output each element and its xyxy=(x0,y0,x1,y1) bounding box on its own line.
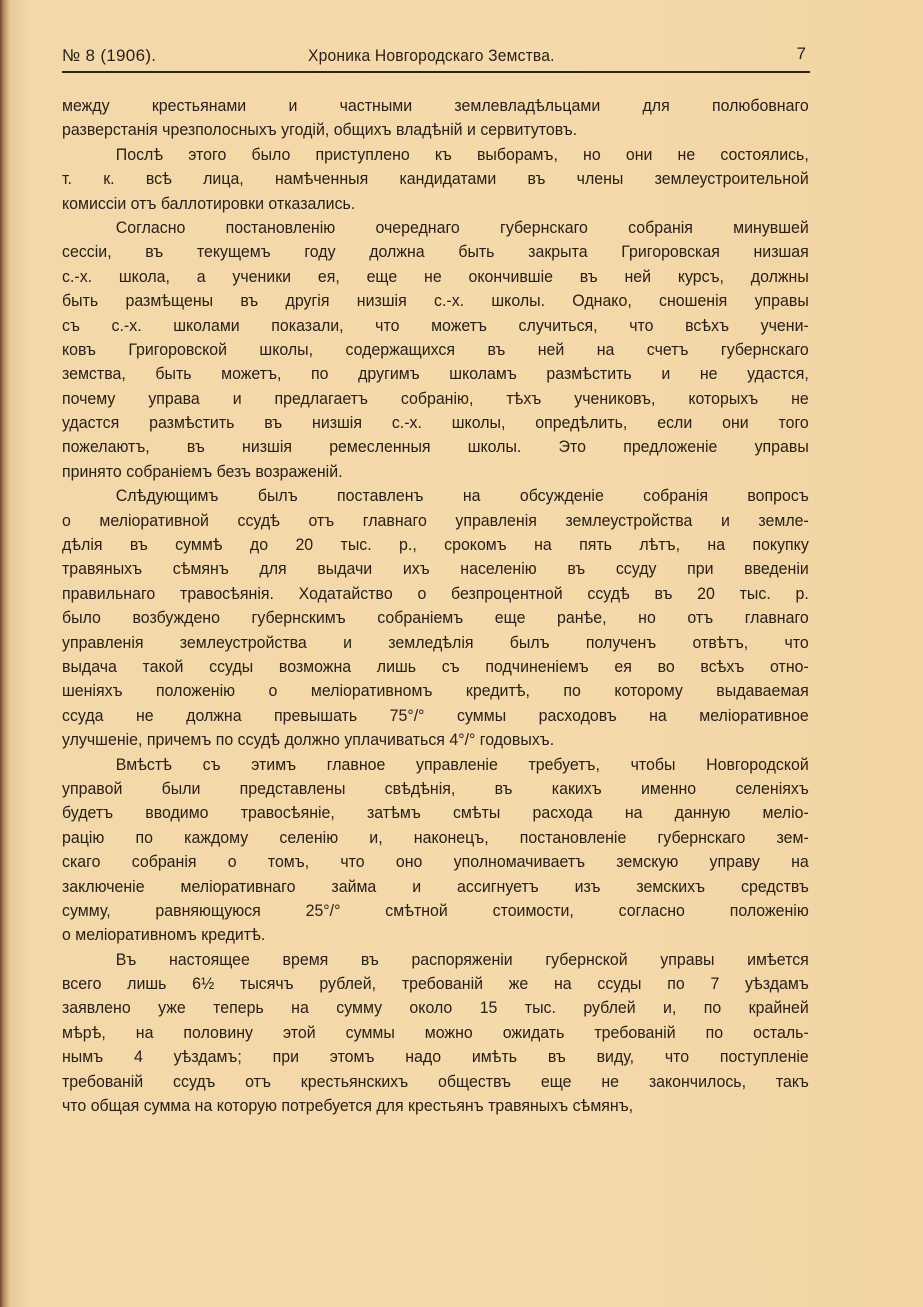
text-line: нымъ 4 уѣздамъ; при этомъ надо имѣть въ … xyxy=(62,1045,809,1069)
text-line: ковъ Григоровской школы, содержащихся въ… xyxy=(62,338,809,362)
text-line: съ с.-х. школами показали, что можетъ сл… xyxy=(62,314,809,338)
text-line: почему управа и предлагаетъ собранію, тѣ… xyxy=(62,387,809,411)
text-line: рацію по каждому селенію и, наконецъ, по… xyxy=(62,826,809,850)
paragraph: Слѣдующимъ былъ поставленъ на обсужденіе… xyxy=(62,484,810,752)
text-line: шеніяхъ положенію о меліоративномъ креди… xyxy=(62,679,809,703)
text-line: сессіи, въ текущемъ году должна быть зак… xyxy=(62,240,809,264)
text-line: заключеніе меліоративнаго займа и ассигн… xyxy=(62,875,809,899)
paragraph: Въ настоящее время въ распоряженіи губер… xyxy=(62,948,810,1119)
text-line: с.-х. школа, а ученики ея, еще не окончи… xyxy=(62,265,809,289)
text-line: Послѣ этого было приступлено къ выборамъ… xyxy=(62,143,809,167)
body-text: между крестьянами и частными землевладѣл… xyxy=(62,94,810,1118)
text-line: разверстанія чрезполосныхъ угодій, общих… xyxy=(62,118,809,142)
scanned-page: № 8 (1906). Хроника Новгородскаго Земств… xyxy=(0,0,923,1307)
running-header: № 8 (1906). Хроника Новгородскаго Земств… xyxy=(62,42,810,70)
issue-number: № 8 (1906). xyxy=(62,46,156,66)
text-line: т. к. всѣ лица, намѣченныя кандидатами в… xyxy=(62,167,809,191)
text-line: что общая сумма на которую потребуется д… xyxy=(62,1094,809,1118)
text-line: управой были представлены свѣдѣнія, въ к… xyxy=(62,777,809,801)
text-line: травяныхъ сѣмянъ для выдачи ихъ населені… xyxy=(62,557,809,581)
text-line: принято собраніемъ безъ возраженій. xyxy=(62,460,809,484)
text-line: управленія землеустройства и земледѣлія … xyxy=(62,631,809,655)
text-line: правильнаго травосѣянія. Ходатайство о б… xyxy=(62,582,809,606)
text-line: требованій ссудъ отъ крестьянскихъ общес… xyxy=(62,1070,809,1094)
text-line: Согласно постановленію очереднаго губерн… xyxy=(62,216,809,240)
text-line: между крестьянами и частными землевладѣл… xyxy=(62,94,809,118)
text-line: ссуда не должна превышать 75°/° суммы ра… xyxy=(62,704,809,728)
text-line: заявлено уже теперь на сумму около 15 ты… xyxy=(62,996,809,1020)
text-line: Слѣдующимъ былъ поставленъ на обсужденіе… xyxy=(62,484,809,508)
text-line: выдача такой ссуды возможна лишь съ подч… xyxy=(62,655,809,679)
header-rule xyxy=(62,71,810,73)
page-number: 7 xyxy=(797,44,806,64)
text-line: Въ настоящее время въ распоряженіи губер… xyxy=(62,948,809,972)
text-line: Вмѣстѣ съ этимъ главное управленіе требу… xyxy=(62,753,809,777)
text-line: сумму, равняющуюся 25°/° смѣтной стоимос… xyxy=(62,899,809,923)
text-line: комиссіи отъ баллотировки отказались. xyxy=(62,192,809,216)
text-line: скаго собранія о томъ, что оно уполномач… xyxy=(62,850,809,874)
text-line: было возбуждено губернскимъ собраніемъ е… xyxy=(62,606,809,630)
text-line: земства, быть можетъ, по другимъ школамъ… xyxy=(62,362,809,386)
paragraph: Вмѣстѣ съ этимъ главное управленіе требу… xyxy=(62,753,810,948)
paragraph: между крестьянами и частными землевладѣл… xyxy=(62,94,810,143)
text-line: удастся размѣстить въ низшія с.-х. школы… xyxy=(62,411,809,435)
paragraph: Согласно постановленію очереднаго губерн… xyxy=(62,216,810,484)
text-line: улучшеніе, причемъ по ссудѣ должно уплач… xyxy=(62,728,809,752)
journal-title: Хроника Новгородскаго Земства. xyxy=(308,46,555,66)
text-line: о меліоративной ссудѣ отъ главнаго управ… xyxy=(62,509,809,533)
paragraph: Послѣ этого было приступлено къ выборамъ… xyxy=(62,143,810,216)
text-line: пожелаютъ, въ низшія ремесленныя школы. … xyxy=(62,435,809,459)
text-line: всего лишь 6½ тысячъ рублей, требованій … xyxy=(62,972,809,996)
text-line: мѣрѣ, на половину этой суммы можно ожида… xyxy=(62,1021,809,1045)
text-line: будетъ вводимо травосѣяніе, затѣмъ смѣты… xyxy=(62,801,809,825)
text-line: о меліоративномъ кредитѣ. xyxy=(62,923,809,947)
text-line: быть размѣщены въ другія низшія с.-х. шк… xyxy=(62,289,809,313)
text-line: дѣлія въ суммѣ до 20 тыс. р., срокомъ на… xyxy=(62,533,809,557)
